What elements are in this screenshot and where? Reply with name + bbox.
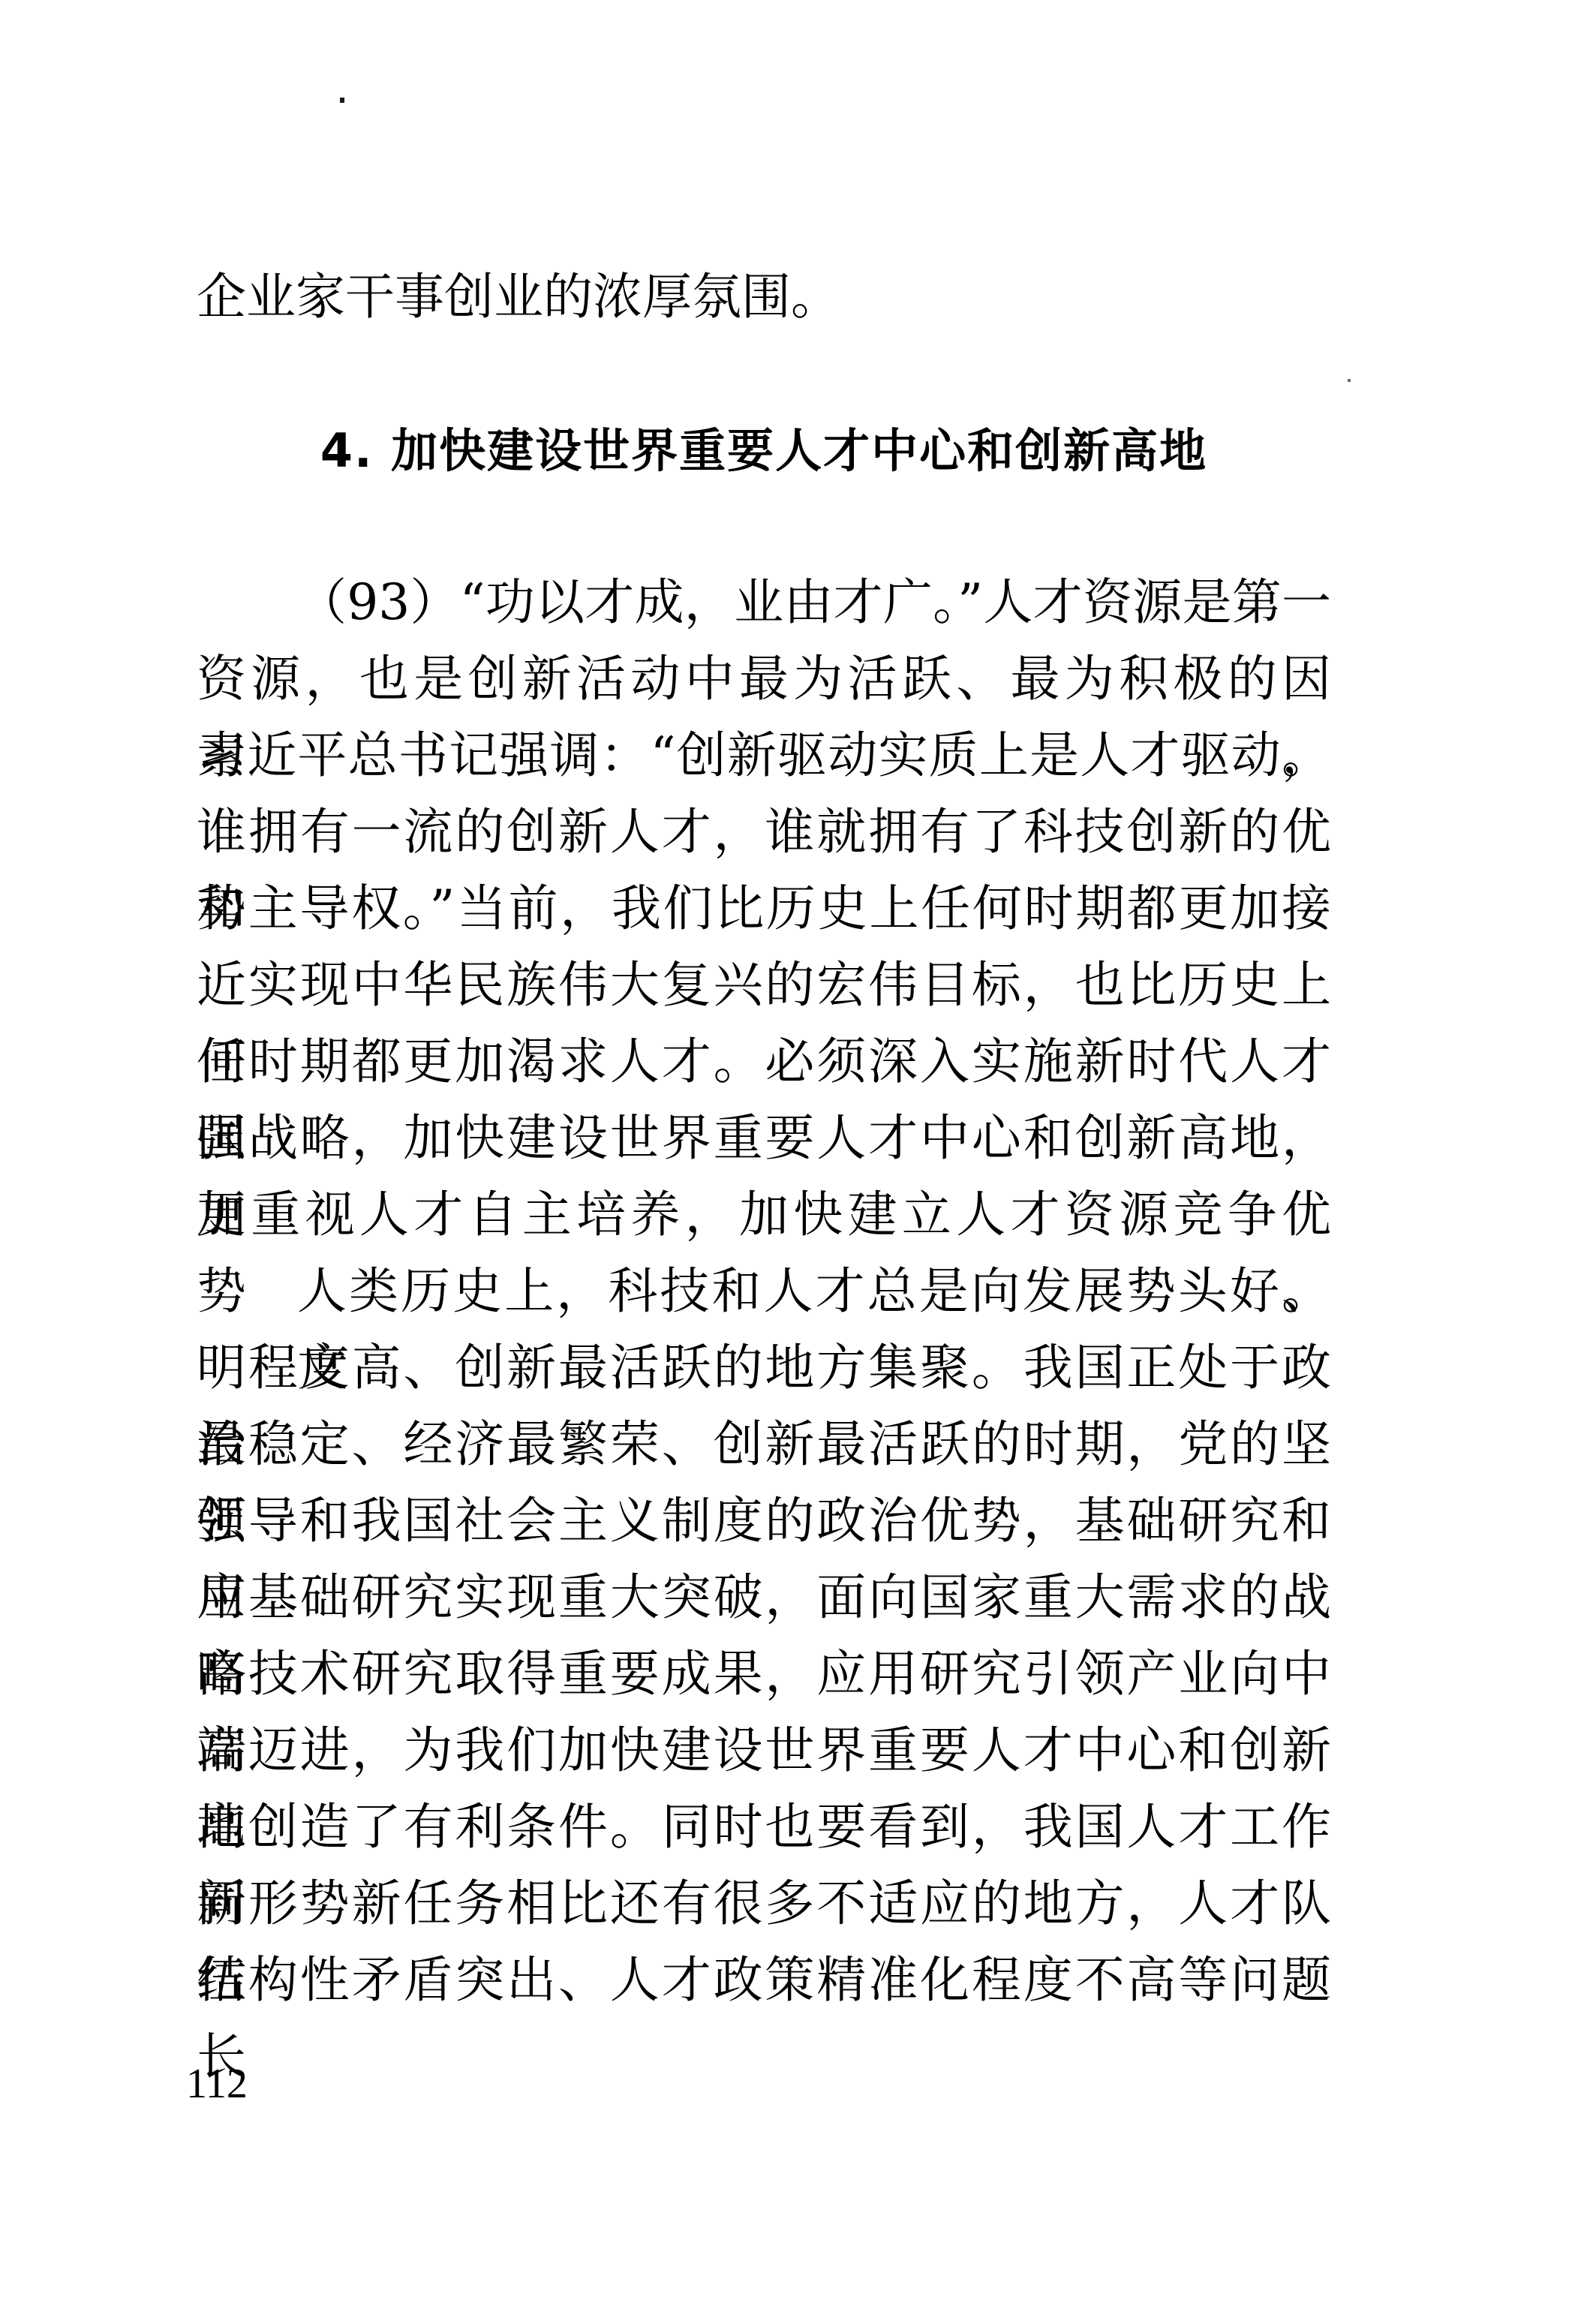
scan-speck xyxy=(340,98,344,103)
section-heading: 4. 加快建设世界重要人才中心和创新高地 xyxy=(197,417,1331,485)
text-line: 和主导权。”当前，我们比历史上任何时期都更加接 xyxy=(197,870,1331,947)
text-line: 结构性矛盾突出、人才政策精准化程度不高等问题长 xyxy=(197,1942,1331,2019)
previous-paragraph-end: 企业家干事创业的浓厚氛围。 xyxy=(197,259,1331,335)
text-line: 近实现中华民族伟大复兴的宏伟目标，也比历史上任 xyxy=(197,947,1331,1024)
text-line: 国战略，加快建设世界重要人才中心和创新高地，更 xyxy=(197,1100,1331,1177)
book-page: 企业家干事创业的浓厚氛围。 4. 加快建设世界重要人才中心和创新高地 （93）“… xyxy=(0,0,1596,2300)
text-line: 何时期都更加渴求人才。必须深入实施新时代人才强 xyxy=(197,1024,1331,1100)
text-line: 用基础研究实现重大突破，面向国家重大需求的战略 xyxy=(197,1559,1331,1636)
text-line: 领导和我国社会主义制度的政治优势，基础研究和应 xyxy=(197,1483,1331,1559)
text-line: 端迈进，为我们加快建设世界重要人才中心和创新高 xyxy=(197,1712,1331,1789)
text-line: 谁拥有一流的创新人才，谁就拥有了科技创新的优势 xyxy=(197,794,1331,870)
text-line: 加重视人才自主培养，加快建立人才资源竞争优势。 xyxy=(197,1177,1331,1253)
text-line: 人类历史上，科技和人才总是向发展势头好、文 xyxy=(197,1253,1331,1330)
paragraph-1: （93）“功以才成，业由才广。”人才资源是第一 资源，也是创新活动中最为活跃、最… xyxy=(197,564,1331,1253)
scan-speck xyxy=(1348,379,1351,382)
text-line: 企业家干事创业的浓厚氛围。 xyxy=(197,259,1331,335)
paragraph-2: 人类历史上，科技和人才总是向发展势头好、文 明程度高、创新最活跃的地方集聚。我国… xyxy=(197,1253,1331,2019)
text-line: 地创造了有利条件。同时也要看到，我国人才工作同 xyxy=(197,1789,1331,1866)
text-line: 明程度高、创新最活跃的地方集聚。我国正处于政治 xyxy=(197,1330,1331,1406)
page-number: 112 xyxy=(186,2058,248,2110)
text-line: 最稳定、经济最繁荣、创新最活跃的时期，党的坚强 xyxy=(197,1406,1331,1483)
text-line: 新形势新任务相比还有很多不适应的地方，人才队伍 xyxy=(197,1866,1331,1942)
text-line: 资源，也是创新活动中最为活跃、最为积极的因素。 xyxy=(197,641,1331,717)
text-line: 高技术研究取得重要成果，应用研究引领产业向中高 xyxy=(197,1636,1331,1712)
text-line: 习近平总书记强调：“创新驱动实质上是人才驱动， xyxy=(197,717,1331,794)
text-line: （93）“功以才成，业由才广。”人才资源是第一 xyxy=(197,564,1331,641)
